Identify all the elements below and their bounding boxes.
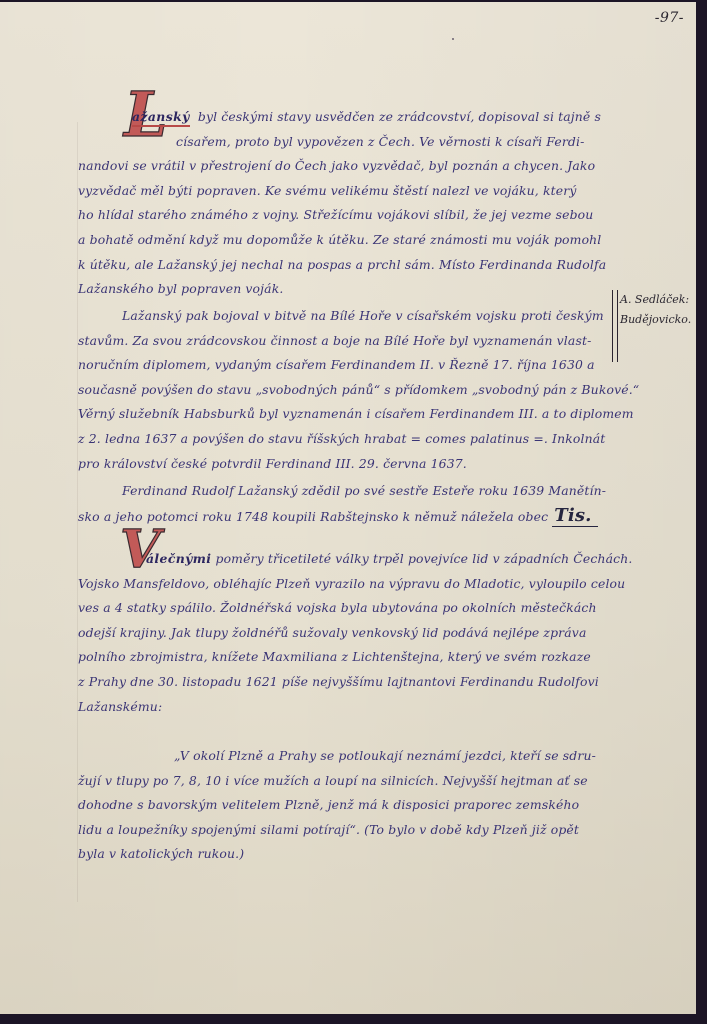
emphasized-village-name: Tis. <box>552 505 597 527</box>
heading-word-lazansky: ažanský <box>132 109 190 127</box>
text-line: dohodne s bavorským velitelem Plzně, jen… <box>78 793 616 818</box>
paragraph-lazansky-intro: ažanský byl českými stavy usvědčen ze zr… <box>78 105 616 302</box>
document-page: -97- L ažanský byl českými stavy usvědče… <box>0 2 696 1014</box>
side-note-rule <box>612 290 618 350</box>
text-line: nandovi se vrátil v přestrojení do Čech … <box>78 154 616 179</box>
text-line: ves a 4 statky spálilo. Žoldnéřská vojsk… <box>78 596 616 621</box>
page-number: -97- <box>655 10 684 26</box>
text-line: Ferdinand Rudolf Lažanský zdědil po své … <box>78 479 616 504</box>
text-line: polního zbrojmistra, knížete Maxmiliana … <box>78 645 616 670</box>
text-line: z 2. ledna 1637 a povýšen do stavu říšsk… <box>78 427 616 452</box>
text-line: a bohatě odmění když mu dopomůže k útěku… <box>78 228 616 253</box>
text-line: současně povýšen do stavu „svobodných pá… <box>78 378 616 403</box>
text-line: odejší krajiny. Jak tlupy žoldnéřů sužov… <box>78 621 616 646</box>
side-note-rule <box>612 350 618 362</box>
ink-speck <box>452 38 454 40</box>
text-line: vyzvědač měl býti popraven. Ke svému vel… <box>78 179 616 204</box>
side-note-source: A. Sedláček: Budějovicko. <box>620 290 691 330</box>
quoted-order: „V okolí Plzně a Prahy se potloukají nez… <box>78 744 616 867</box>
text-line: álečnými poměry třicetileté války trpěl … <box>78 547 616 572</box>
text-line: Lažanský pak bojoval v bitvě na Bílé Hoř… <box>78 304 616 329</box>
text-line: k útěku, ale Lažanský jej nechal na posp… <box>78 253 616 278</box>
text-line: Věrný služebník Habsburků byl vyznamenán… <box>78 402 616 427</box>
text-line: žují v tlupy po 7, 8, 10 i více mužích a… <box>78 769 616 794</box>
text-line: Vojsko Mansfeldovo, obléhajíc Plzeň vyra… <box>78 572 616 597</box>
text-line: lidu a loupežníky spojenými silami potír… <box>78 818 616 843</box>
text-line: císařem, proto byl vypovězen z Čech. Ve … <box>78 130 616 155</box>
text-line: pro království české potvrdil Ferdinand … <box>78 452 616 477</box>
text-line: ho hlídal starého známého z vojny. Střež… <box>78 203 616 228</box>
paragraph-thirty-years-war: álečnými poměry třicetileté války trpěl … <box>78 547 616 719</box>
text-line: Lažanskému: <box>78 695 616 720</box>
text-line: Lažanského byl popraven voják. <box>78 277 616 302</box>
text-line: noručním diplomem, vydaným císařem Ferdi… <box>78 353 616 378</box>
text-line: z Prahy dne 30. listopadu 1621 píše nejv… <box>78 670 616 695</box>
text-line: stavům. Za svou zrádcovskou činnost a bo… <box>78 329 616 354</box>
heading-word-valecnymi: álečnými <box>146 551 211 566</box>
paragraph-white-mountain: Lažanský pak bojoval v bitvě na Bílé Hoř… <box>78 304 616 476</box>
side-note-line: Budějovicko. <box>620 310 691 330</box>
text-line: ažanský byl českými stavy usvědčen ze zr… <box>78 105 616 130</box>
text-line: „V okolí Plzně a Prahy se potloukají nez… <box>78 744 616 769</box>
text-line: byla v katolických rukou.) <box>78 842 616 867</box>
side-note-line: A. Sedláček: <box>620 290 691 310</box>
